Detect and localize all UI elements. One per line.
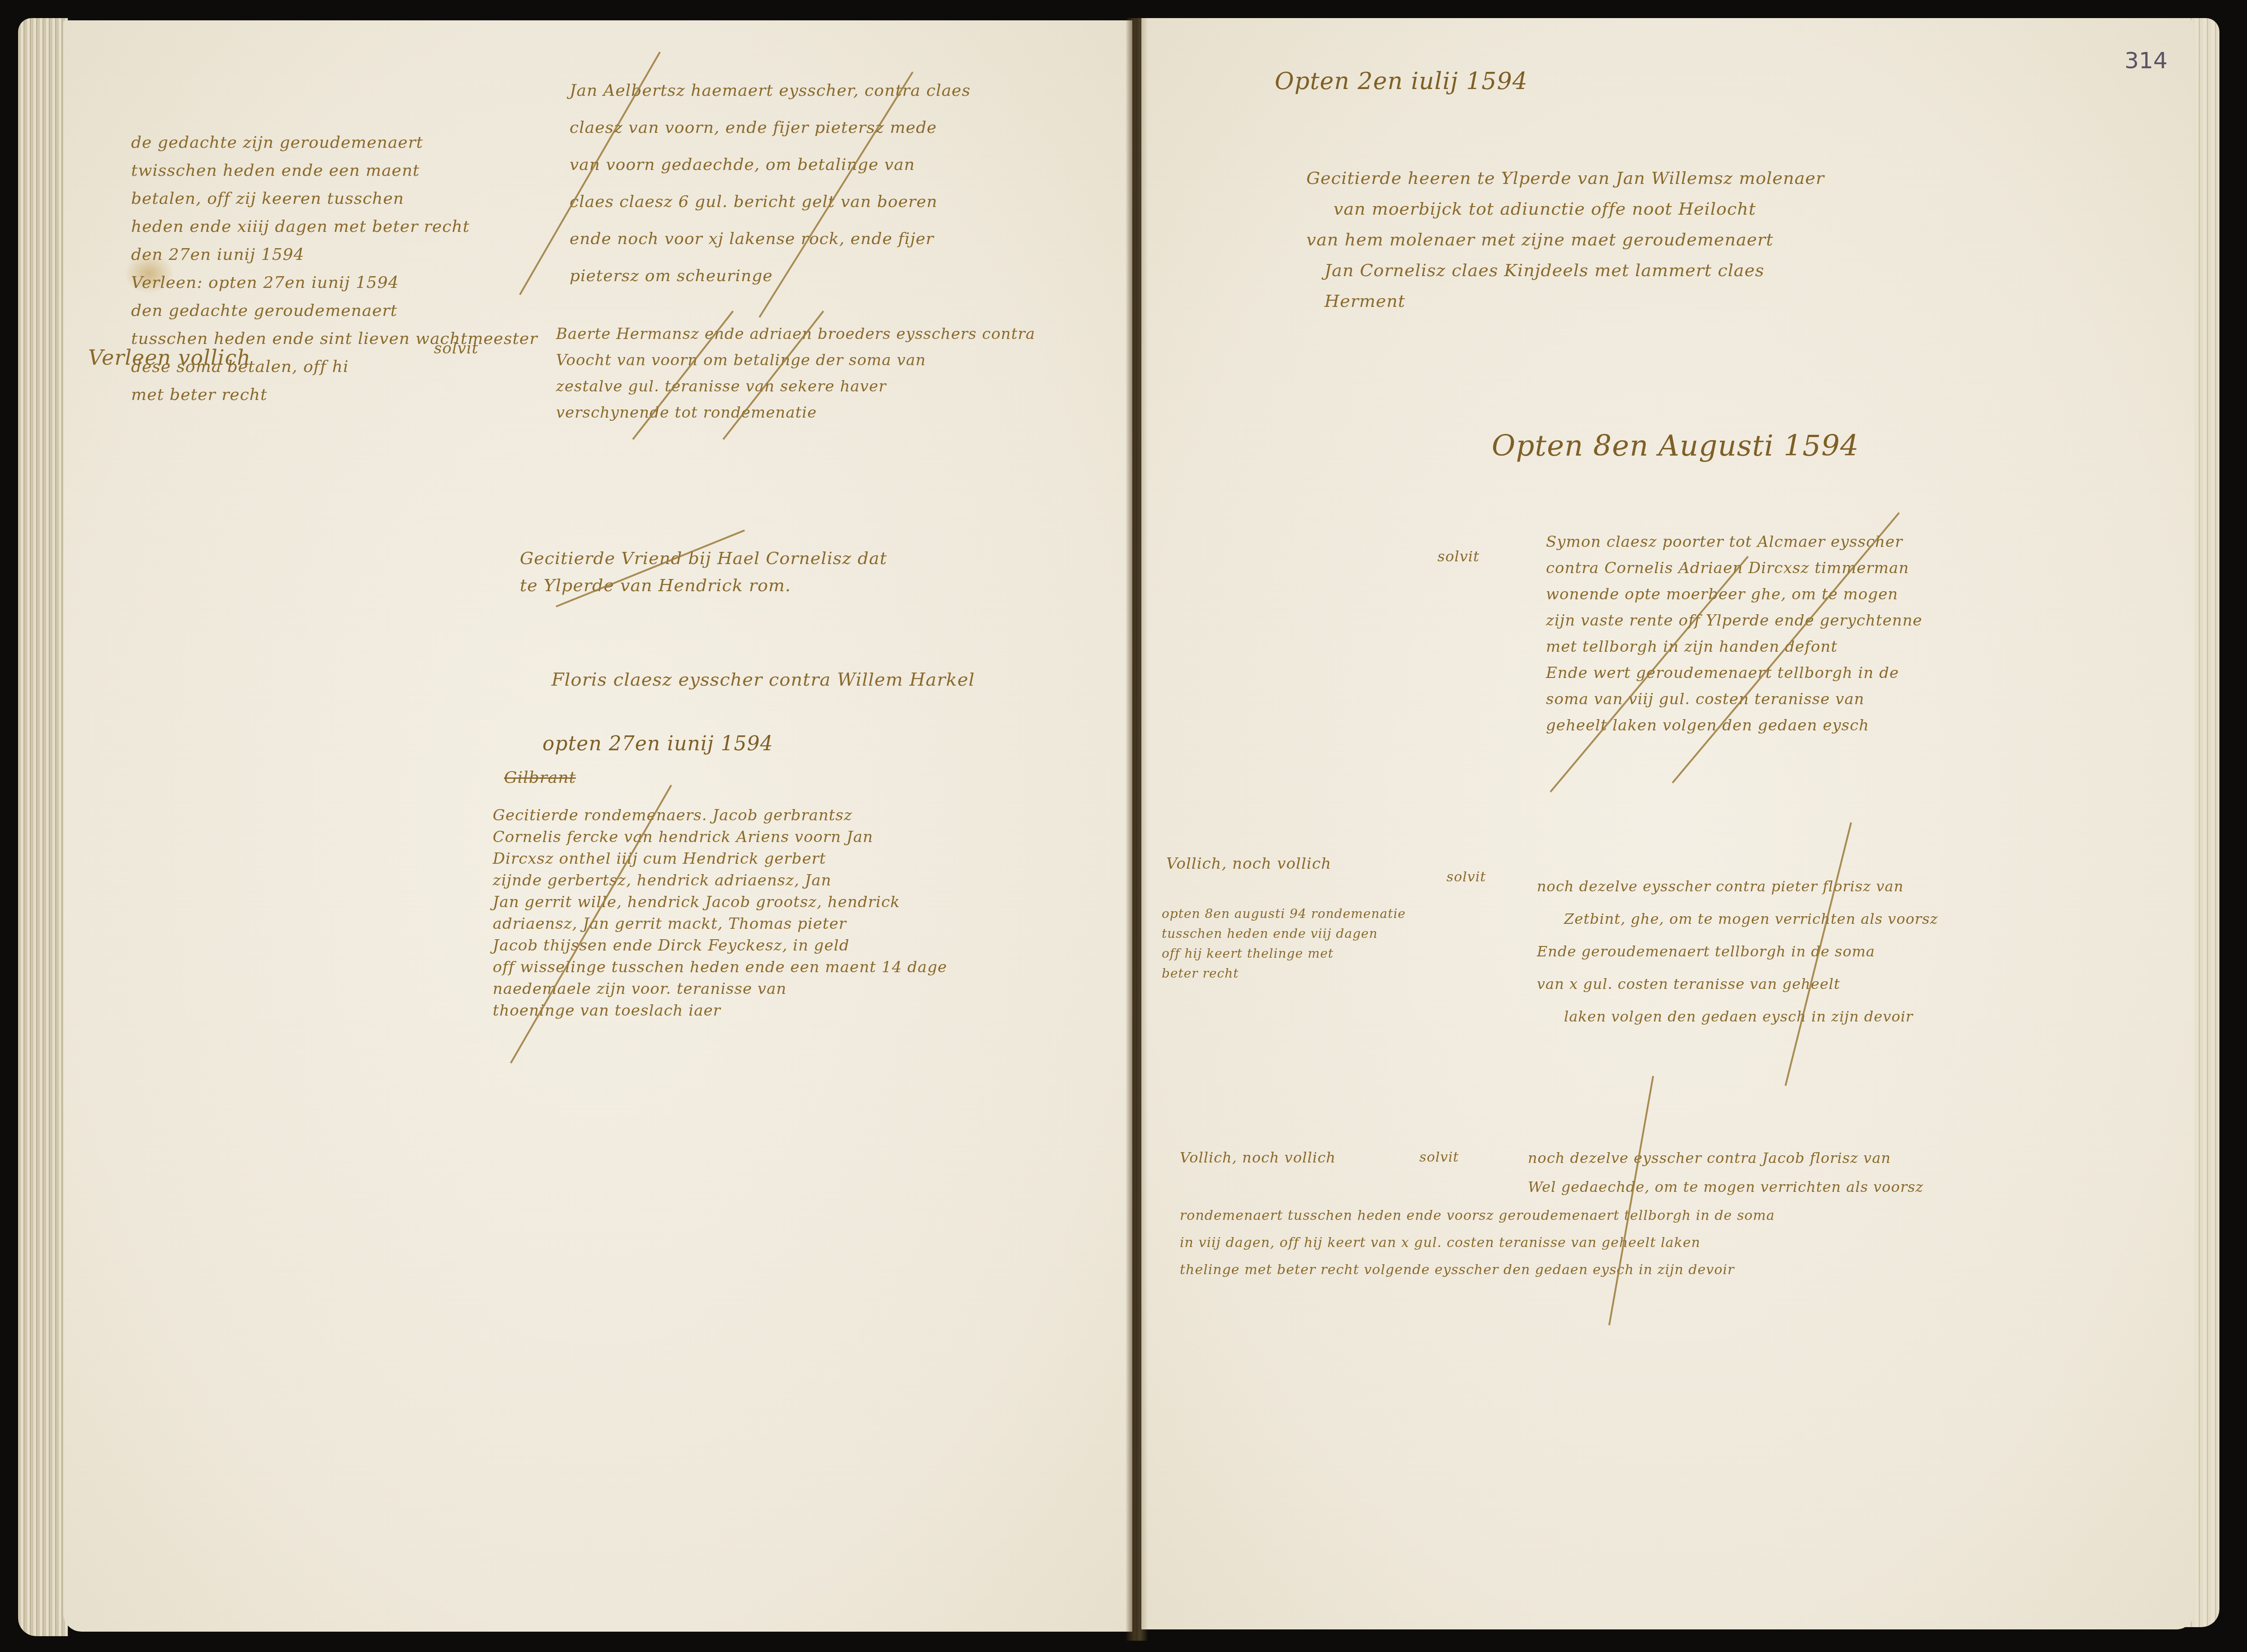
text-line: van moerbijck tot adiunctie offe noot He… xyxy=(1306,193,1824,224)
text-line: rondemenaert tusschen heden ende voorsz … xyxy=(1180,1202,1775,1229)
text-line: ende noch voor xj lakense rock, ende fij… xyxy=(570,221,970,258)
status-solvit: solvit xyxy=(1437,542,1479,570)
margin-label-vollich: Vollich, noch vollich xyxy=(1166,850,1331,878)
entry-july: Gecitierde heeren te Ylperde van Jan Wil… xyxy=(1306,163,1824,316)
text-line: noch dezelve eysscher contra Jacob flori… xyxy=(1528,1144,1923,1172)
text-line: den gedachte geroudemenaert xyxy=(131,297,538,325)
text-line: Gecitierde Vriend bij Hael Cornelisz dat xyxy=(520,545,887,572)
text-line: thoeninge van toeslach iaer xyxy=(493,1000,947,1021)
text-line: te Ylperde van Hendrick rom. xyxy=(520,572,887,599)
text-line: geheelt laken volgen den gedaen eysch xyxy=(1546,712,1922,739)
date-july: Opten 2en iulij 1594 xyxy=(1275,68,1528,95)
book-gutter-shadow xyxy=(1126,18,1148,1641)
text-line: van hem molenaer met zijne maet geroudem… xyxy=(1306,224,1824,255)
text-line: verschynende tot rondemenatie xyxy=(556,400,1035,426)
text-line: Ende wert geroudemenaert tellborgh in de xyxy=(1546,660,1922,686)
text-line: Jan Cornelisz claes Kinjdeels met lammer… xyxy=(1306,255,1824,286)
text-line: pietersz om scheuringe xyxy=(570,258,970,295)
folio-number: 314 xyxy=(2125,47,2167,74)
text-line: off hij keert thelinge met xyxy=(1162,944,1406,964)
text-line: Jan gerrit wille, hendrick Jacob grootsz… xyxy=(493,891,947,913)
text-line: claesz van voorn, ende fijer pietersz me… xyxy=(570,109,970,146)
entry-floris: Floris claesz eysscher contra Willem Har… xyxy=(551,662,975,697)
entry-vollich-1: noch dezelve eysscher contra pieter flor… xyxy=(1537,870,1938,1033)
entry-verleen: Baerte Hermansz ende adriaen broeders ey… xyxy=(556,321,1035,426)
manuscript-spread: de gedachte zijn geroudemenaert twissche… xyxy=(0,0,2247,1652)
text-line: Cornelis fercke van hendrick Ariens voor… xyxy=(493,826,947,848)
text-line: naedemaele zijn voor. teranisse van xyxy=(493,978,947,1000)
text-line: laken volgen den gedaen eysch in zijn de… xyxy=(1537,1000,1938,1033)
status-solvit: solvit xyxy=(1419,1144,1459,1172)
date-june-27: opten 27en iunij 1594 xyxy=(542,732,773,755)
text-line: Baerte Hermansz ende adriaen broeders ey… xyxy=(556,321,1035,347)
text-line: Gecitierde rondemenaers. Jacob gerbrants… xyxy=(493,805,947,826)
margin-label-verleen: Verleen vollich xyxy=(88,344,251,372)
text-line: zijnde gerbertsz, hendrick adriaensz, Ja… xyxy=(493,870,947,891)
text-line: twisschen heden ende een maent xyxy=(131,157,538,185)
text-line: met beter recht xyxy=(131,381,538,409)
text-line: Verleen: opten 27en iunij 1594 xyxy=(131,269,538,297)
text-line: adriaensz, Jan gerrit mackt, Thomas piet… xyxy=(493,913,947,935)
text-line: Voocht van voorn om betalinge der soma v… xyxy=(556,347,1035,373)
text-line: betalen, off zij keeren tusschen xyxy=(131,185,538,213)
text-line: in viij dagen, off hij keert van x gul. … xyxy=(1180,1229,1775,1257)
text-line: beter recht xyxy=(1162,964,1406,984)
entry-vollich-2-cont: rondemenaert tusschen heden ende voorsz … xyxy=(1180,1202,1775,1284)
text-line: opten 8en augusti 94 rondemenatie xyxy=(1162,904,1406,924)
text-line: Dircxsz onthel iiij cum Hendrick gerbert xyxy=(493,848,947,870)
text-line: zijn vaste rente off Ylperde ende gerych… xyxy=(1546,607,1922,634)
entry-vollich-2: noch dezelve eysscher contra Jacob flori… xyxy=(1528,1144,1923,1201)
left-page-edges xyxy=(18,18,68,1636)
text-line: contra Cornelis Adriaen Dircxsz timmerma… xyxy=(1546,555,1922,581)
status-solvit: solvit xyxy=(1446,863,1486,891)
text-line: Zetbint, ghe, om te mogen verrichten als… xyxy=(1537,903,1938,935)
text-line: heden ende xiiij dagen met beter recht xyxy=(131,213,538,241)
struck-label: Gilbrant xyxy=(504,768,576,787)
text-line: Jacob thijssen ende Dirck Feyckesz, in g… xyxy=(493,935,947,956)
text-line: den 27en iunij 1594 xyxy=(131,241,538,269)
entry-june-27: Gecitierde rondemenaers. Jacob gerbrants… xyxy=(493,805,947,1021)
text-line: Ende geroudemenaert tellborgh in de soma xyxy=(1537,935,1938,968)
text-line: claes claesz 6 gul. bericht gelt van boe… xyxy=(570,184,970,221)
text-line: met tellborgh in zijn handen defont xyxy=(1546,634,1922,660)
text-line: Gecitierde heeren te Ylperde van Jan Wil… xyxy=(1306,163,1824,193)
text-line: tusschen heden ende viij dagen xyxy=(1162,924,1406,944)
date-august-8: Opten 8en Augusti 1594 xyxy=(1492,429,1859,463)
text-line: wonende opte moerbeer ghe, om te mogen xyxy=(1546,581,1922,607)
text-line: noch dezelve eysscher contra pieter flor… xyxy=(1537,870,1938,903)
text-line: Herment xyxy=(1306,286,1824,316)
text-line: Wel gedaechde, om te mogen verrichten al… xyxy=(1528,1172,1923,1201)
text-line: thelinge met beter recht volgende eyssch… xyxy=(1180,1257,1775,1284)
text-line: van voorn gedaechde, om betalinge van xyxy=(570,146,970,184)
margin-label-vollich-2: Vollich, noch vollich xyxy=(1180,1144,1336,1172)
text-line: zestalve gul. teranisse van sekere haver xyxy=(556,373,1035,400)
text-line: van x gul. costen teranisse van geheelt xyxy=(1537,968,1938,1000)
margin-note-vollich: opten 8en augusti 94 rondemenatie tussch… xyxy=(1162,904,1406,984)
entry-struck: Gecitierde Vriend bij Hael Cornelisz dat… xyxy=(520,545,887,599)
status-solvit: solvit xyxy=(434,334,479,362)
text-line: de gedachte zijn geroudemenaert xyxy=(131,129,538,157)
